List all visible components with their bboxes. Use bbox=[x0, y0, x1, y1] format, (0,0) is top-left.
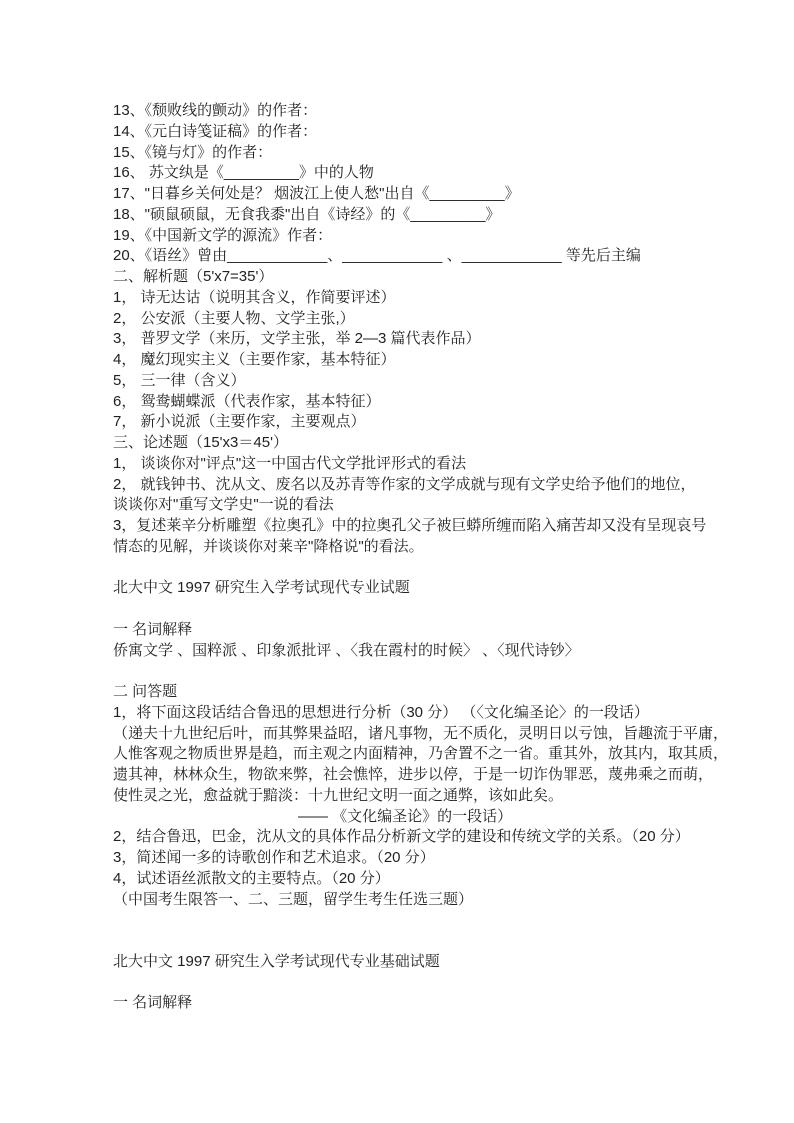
doc-line: 遗其神，林林众生，物欲来弊，社会憔悴，进步以停，于是一切诈伪罪恶，蔑弗乘之而萌， bbox=[113, 765, 698, 786]
doc-line: 2， 就钱钟书、沈从文、废名以及苏青等作家的文学成就与现有文学史给予他们的地位， bbox=[113, 475, 698, 496]
blank-line bbox=[113, 558, 698, 579]
doc-line: 2， 公安派（主要人物、文学主张,） bbox=[113, 309, 698, 330]
doc-line: 2，结合鲁迅，巴金，沈从文的具体作品分析新文学的建设和传统文学的关系。（20 分… bbox=[113, 827, 698, 848]
doc-line: 侨寓文学 、国粹派 、印象派批评 、〈我在霞村的时候〉 、〈现代诗钞〉 bbox=[113, 641, 698, 662]
section-heading-analysis: 二、解析题（5'x7=35'） bbox=[113, 267, 698, 288]
doc-line: 3，简述闻一多的诗歌创作和艺术追求。（20 分） bbox=[113, 848, 698, 869]
blank-line bbox=[113, 910, 698, 931]
section-heading-terms-2: 一 名词解释 bbox=[113, 993, 698, 1014]
doc-line: 使性灵之光，愈益就于黯淡：十九世纪文明一面之通弊，该如此矣。 bbox=[113, 786, 698, 807]
doc-line: 15、《镜与灯》的作者： bbox=[113, 143, 698, 164]
doc-line: 1，将下面这段话结合鲁迅的思想进行分析（30 分） （〈文化编圣论〉的一段话） bbox=[113, 703, 698, 724]
quote-attribution: —— 《文化编圣论》的一段话） bbox=[113, 807, 698, 828]
doc-line: 1， 谈谈你对"评点"这一中国古代文学批评形式的看法 bbox=[113, 454, 698, 475]
exam-note: （中国考生限答一、二、三题，留学生考生任选三题） bbox=[113, 890, 698, 911]
doc-line: 3， 普罗文学（来历，文学主张，举 2—3 篇代表作品） bbox=[113, 329, 698, 350]
doc-line: 3，复述莱辛分析雕塑《拉奥孔》中的拉奥孔父子被巨蟒所缠而陷入痛苦却又没有呈现哀号 bbox=[113, 516, 698, 537]
doc-line: 情态的见解，并谈谈你对莱辛"降格说"的看法。 bbox=[113, 537, 698, 558]
doc-line: 17、"日暮乡关何处是？ 烟波江上使人愁"出自《_________》 bbox=[113, 184, 698, 205]
section-heading-essay: 三、论述题（15'x3＝45'） bbox=[113, 433, 698, 454]
blank-line bbox=[113, 973, 698, 994]
blank-line bbox=[113, 931, 698, 952]
doc-line: 谈谈你对"重写文学史"一说的看法 bbox=[113, 495, 698, 516]
doc-line: 4，试述语丝派散文的主要特点。（20 分） bbox=[113, 869, 698, 890]
exam-title-modern: 北大中文 1997 研究生入学考试现代专业试题 bbox=[113, 578, 698, 599]
document-body: 13、《颓败线的颤动》的作者：14、《元白诗笺证稿》的作者：15、《镜与灯》的作… bbox=[113, 101, 698, 1014]
doc-line: 人惟客观之物质世界是趋，而主观之内面精神，乃舍置不之一省。重其外，放其内，取其质… bbox=[113, 744, 698, 765]
doc-line: 7， 新小说派（主要作家，主要观点） bbox=[113, 412, 698, 433]
doc-line: 20、《语丝》曾由____________、____________ 、____… bbox=[113, 246, 698, 267]
doc-line: 13、《颓败线的颤动》的作者： bbox=[113, 101, 698, 122]
doc-line: （递夫十九世纪后叶，而其弊果益昭，诸凡事物，无不质化，灵明日以亏蚀，旨趣流于平庸… bbox=[113, 724, 698, 745]
section-heading-terms-1: 一 名词解释 bbox=[113, 620, 698, 641]
doc-line: 14、《元白诗笺证稿》的作者： bbox=[113, 122, 698, 143]
doc-line: 4， 魔幻现实主义（主要作家，基本特征） bbox=[113, 350, 698, 371]
doc-line: 18、"硕鼠硕鼠，无食我黍"出自《诗经》的《_________》 bbox=[113, 205, 698, 226]
blank-line bbox=[113, 599, 698, 620]
doc-line: 6， 鸳鸯蝴蝶派（代表作家，基本特征） bbox=[113, 392, 698, 413]
doc-line: 5， 三一律（含义） bbox=[113, 371, 698, 392]
blank-line bbox=[113, 661, 698, 682]
doc-line: 16、 苏文纨是《_________》中的人物 bbox=[113, 163, 698, 184]
document-page: 13、《颓败线的颤动》的作者：14、《元白诗笺证稿》的作者：15、《镜与灯》的作… bbox=[0, 0, 794, 1123]
doc-line: 19、《中国新文学的源流》作者： bbox=[113, 226, 698, 247]
doc-line: 1， 诗无达诂（说明其含义，作简要评述） bbox=[113, 288, 698, 309]
exam-title-modern-basic: 北大中文 1997 研究生入学考试现代专业基础试题 bbox=[113, 952, 698, 973]
section-heading-qa: 二 问答题 bbox=[113, 682, 698, 703]
